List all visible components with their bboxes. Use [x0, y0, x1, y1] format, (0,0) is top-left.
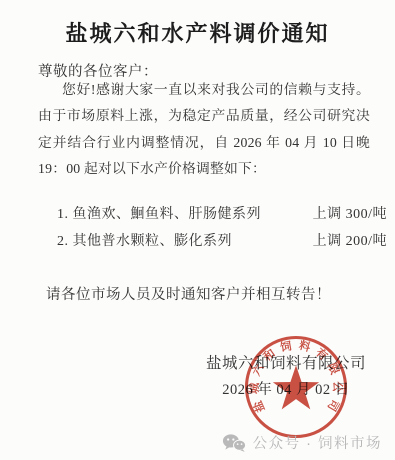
notice-body: 您好!感谢大家一直以来对我公司的信赖与支持。由于市场原料上涨，为稳定产品质量，经…: [38, 77, 370, 183]
item-label: 1. 鱼渔欢、鮰鱼料、肝肠健系列: [57, 201, 261, 228]
item-adjustment: 上调 300/吨: [313, 201, 387, 228]
notice-date: 2026 年 04 月 02 日: [190, 377, 382, 403]
item-adjustment: 上调 200/吨: [313, 228, 387, 255]
closing-note: 请各位市场人员及时通知客户并相互转告！: [46, 283, 331, 304]
price-item-row: 2. 其他普水颗粒、膨化系列 上调 200/吨: [57, 228, 387, 255]
item-label: 2. 其他普水颗粒、膨化系列: [57, 228, 232, 255]
page-title: 盐城六和水产料调价通知: [0, 17, 395, 48]
wechat-watermark: 公众号 · 饲料市场: [222, 432, 382, 453]
company-name: 盐城六和饲料有限公司: [190, 351, 382, 377]
price-adjustment-list: 1. 鱼渔欢、鮰鱼料、肝肠健系列 上调 300/吨 2. 其他普水颗粒、膨化系列…: [57, 201, 387, 255]
wechat-icon: [222, 433, 246, 452]
price-item-row: 1. 鱼渔欢、鮰鱼料、肝肠健系列 上调 300/吨: [57, 201, 387, 228]
watermark-label: 公众号 · 饲料市场: [253, 432, 382, 453]
signature-block: 盐城六和饲料有限公司 2026 年 04 月 02 日: [190, 351, 382, 403]
notice-document: 盐城六和水产料调价通知 尊敬的各位客户： 您好!感谢大家一直以来对我公司的信赖与…: [0, 0, 395, 460]
